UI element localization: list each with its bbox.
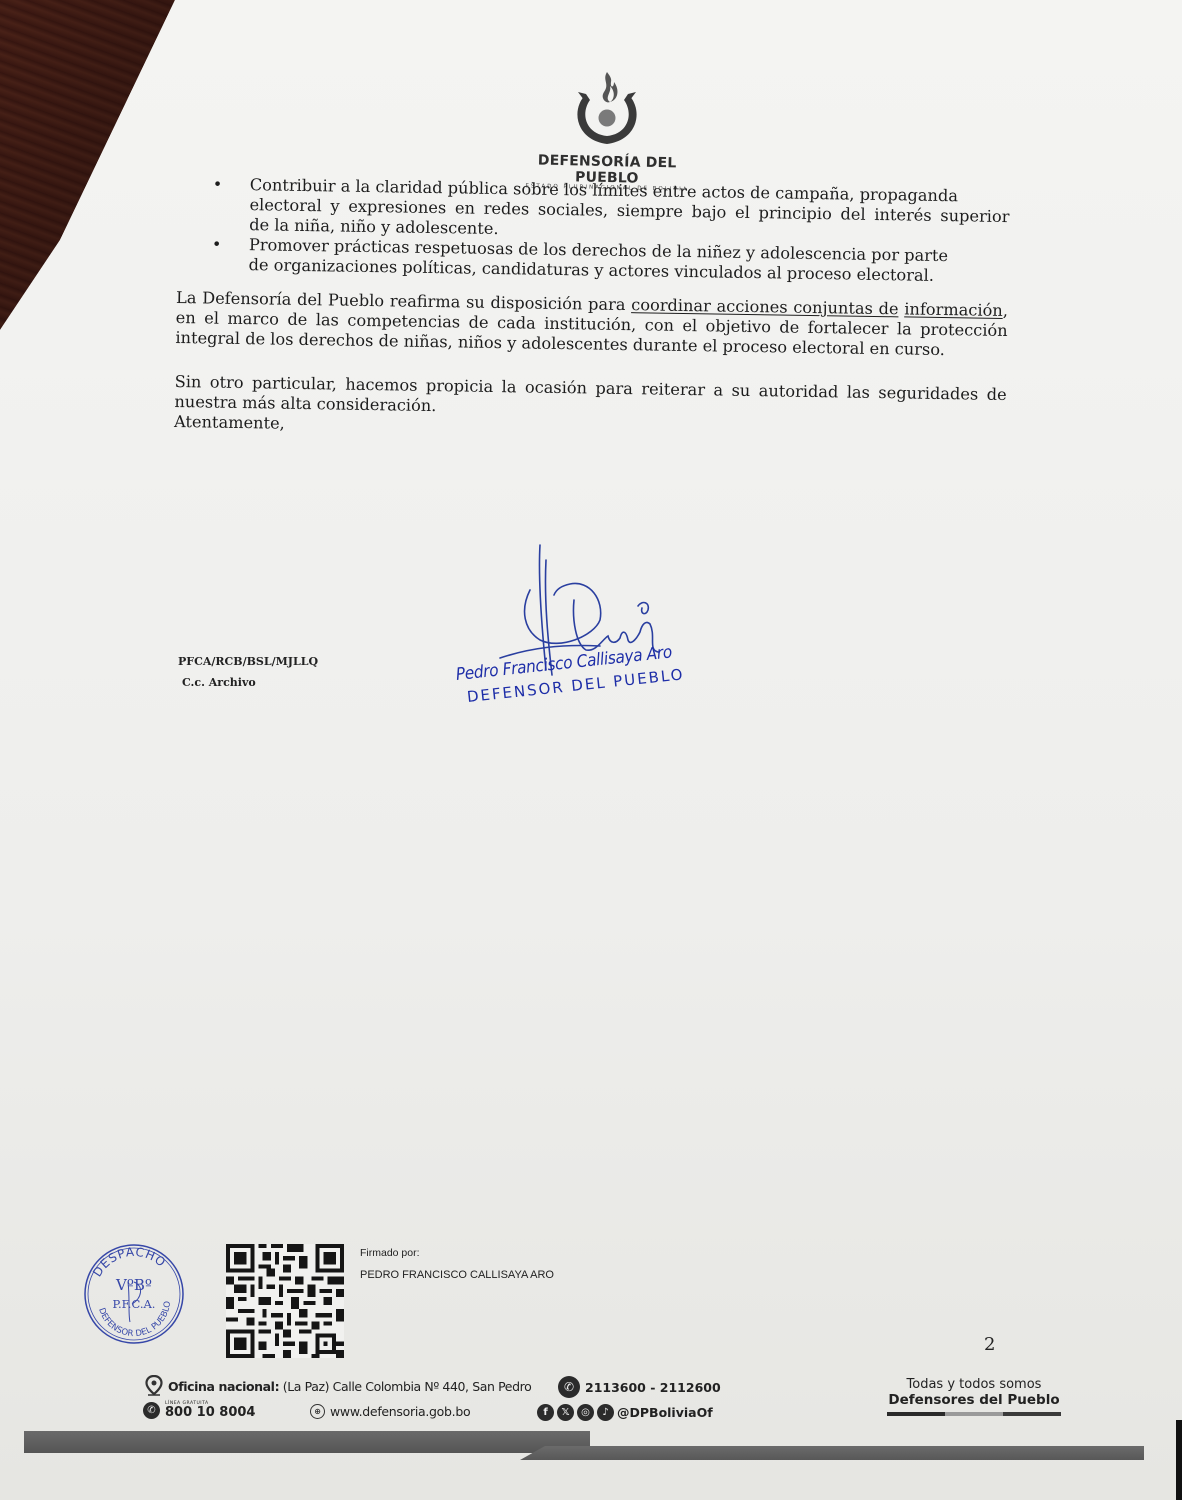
slogan: Todas y todos somos Defensores del Puebl…: [884, 1377, 1064, 1416]
letter-body: • Contribuir a la claridad pública sobre…: [174, 174, 1010, 445]
slogan-line-1: Todas y todos somos: [884, 1377, 1064, 1392]
bullet-icon: •: [212, 235, 222, 255]
address-text: (La Paz) Calle Colombia Nº 440, San Pedr…: [283, 1379, 532, 1394]
slogan-line-2: Defensores del Pueblo: [884, 1392, 1064, 1408]
page-edge-shadow: [1176, 1420, 1182, 1500]
signed-by-name: PEDRO FRANCISCO CALLISAYA ARO: [360, 1269, 554, 1281]
institution-logo: DEFENSORÍA DEL PUEBLO ESTADO PLURINACION…: [512, 66, 702, 191]
office-phones: ✆ 2113600 - 2112600: [558, 1376, 721, 1398]
svg-text:VºBº: VºBº: [115, 1276, 152, 1294]
qr-code: [226, 1244, 344, 1358]
page-number: 2: [984, 1334, 995, 1355]
social-handle: @DPBoliviaOf: [617, 1405, 713, 1420]
instagram-icon: ◎: [577, 1404, 594, 1421]
reference-initials: PFCA/RCB/BSL/MJLLQ: [178, 655, 318, 668]
website: ⊕ www.defensoria.gob.bo: [310, 1404, 470, 1419]
phone-icon: ✆: [558, 1376, 580, 1398]
paragraph-coordination: La Defensoría del Pueblo reafirma su dis…: [175, 288, 1008, 361]
website-url: www.defensoria.gob.bo: [330, 1404, 470, 1419]
underlined-text: información: [904, 299, 1003, 320]
flame-circle-icon: [564, 66, 650, 152]
reference-block: PFCA/RCB/BSL/MJLLQ C.c. Archivo: [178, 655, 318, 689]
digital-signature-block: Firmado por: PEDRO FRANCISCO CALLISAYA A…: [360, 1247, 554, 1281]
carbon-copy: C.c. Archivo: [182, 676, 318, 689]
bullet-list: • Contribuir a la claridad pública sobre…: [176, 174, 1009, 287]
tiktok-icon: ♪: [597, 1404, 614, 1421]
svg-text:P.F.C.A.: P.F.C.A.: [113, 1297, 156, 1311]
signed-by-label: Firmado por:: [360, 1247, 554, 1259]
x-icon: 𝕏: [557, 1404, 574, 1421]
address-label: Oficina nacional:: [168, 1379, 279, 1394]
globe-icon: ⊕: [310, 1404, 325, 1419]
footer-band: [520, 1446, 1144, 1460]
location-pin-icon: [145, 1375, 163, 1397]
phone-numbers: 2113600 - 2112600: [585, 1380, 721, 1395]
social-media: f 𝕏 ◎ ♪ @DPBoliviaOf: [537, 1404, 713, 1421]
footer-band: [24, 1431, 590, 1453]
toll-free-number: 800 10 8004: [165, 1406, 255, 1419]
office-address: Oficina nacional: (La Paz) Calle Colombi…: [145, 1375, 531, 1397]
office-seal: DESPACHO DEFENSOR DEL PUEBLO VºBº P.F.C.…: [82, 1242, 186, 1346]
bullet-icon: •: [213, 175, 223, 195]
phone-icon: ✆: [143, 1402, 160, 1419]
slogan-underline: [887, 1412, 1061, 1416]
toll-free-line: ✆ LÍNEA GRATUITA 800 10 8004: [143, 1401, 255, 1419]
facebook-icon: f: [537, 1404, 554, 1421]
